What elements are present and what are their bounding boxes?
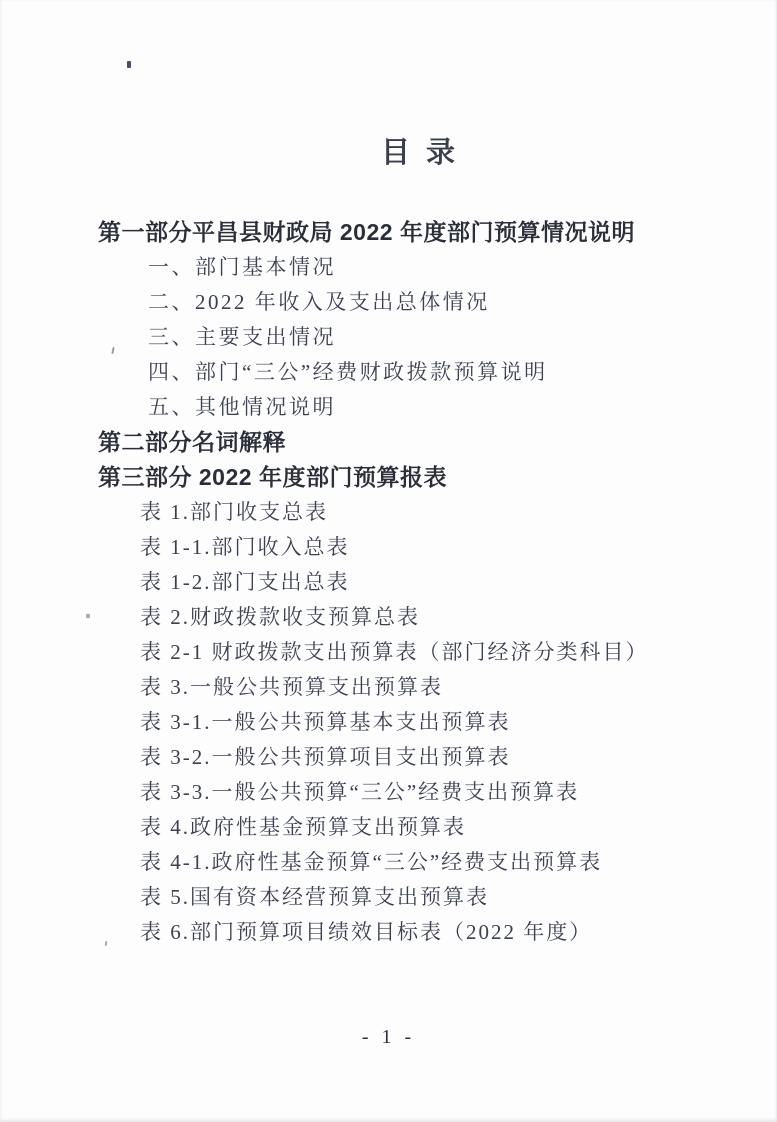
toc-entry-part1-item5: 五、其他情况说明 [98, 390, 738, 425]
scan-speck [86, 614, 90, 618]
toc-part2-heading: 第二部分名词解释 [98, 425, 738, 460]
toc-entry-table-3-2: 表 3-2.一般公共预算项目支出预算表 [98, 740, 738, 775]
toc-entry-table-1: 表 1.部门收支总表 [98, 495, 738, 530]
toc-entry-table-2: 表 2.财政拨款收支预算总表 [98, 600, 738, 635]
toc-entry-table-4-1: 表 4-1.政府性基金预算“三公”经费支出预算表 [98, 845, 738, 880]
page-title: 目 录 [98, 137, 738, 169]
scan-speck [127, 61, 131, 68]
toc-entry-table-5: 表 5.国有资本经营预算支出预算表 [98, 880, 738, 915]
toc-entry-table-1-1: 表 1-1.部门收入总表 [98, 530, 738, 565]
toc-entry-table-6: 表 6.部门预算项目绩效目标表（2022 年度） [98, 915, 738, 950]
toc-entry-table-3-1: 表 3-1.一般公共预算基本支出预算表 [98, 705, 738, 740]
toc-part1-heading: 第一部分平昌县财政局 2022 年度部门预算情况说明 [98, 215, 738, 250]
toc-entry-table-2-1: 表 2-1 财政拨款支出预算表（部门经济分类科目） [98, 635, 738, 670]
toc-entry-part1-item4: 四、部门“三公”经费财政拨款预算说明 [98, 355, 738, 390]
toc-entry-part1-item1: 一、部门基本情况 [98, 250, 738, 285]
toc-entry-part1-item3: 三、主要支出情况 [98, 320, 738, 355]
toc-entry-table-1-2: 表 1-2.部门支出总表 [98, 565, 738, 600]
table-of-contents: 目 录 第一部分平昌县财政局 2022 年度部门预算情况说明 一、部门基本情况 … [98, 137, 738, 950]
page-number: - 1 - [0, 1026, 777, 1049]
document-page: 目 录 第一部分平昌县财政局 2022 年度部门预算情况说明 一、部门基本情况 … [0, 0, 777, 1122]
toc-entry-table-4: 表 4.政府性基金预算支出预算表 [98, 810, 738, 845]
toc-entry-table-3: 表 3.一般公共预算支出预算表 [98, 670, 738, 705]
toc-entry-table-3-3: 表 3-3.一般公共预算“三公”经费支出预算表 [98, 775, 738, 810]
toc-part3-heading: 第三部分 2022 年度部门预算报表 [98, 460, 738, 495]
toc-entry-part1-item2: 二、2022 年收入及支出总体情况 [98, 285, 738, 320]
